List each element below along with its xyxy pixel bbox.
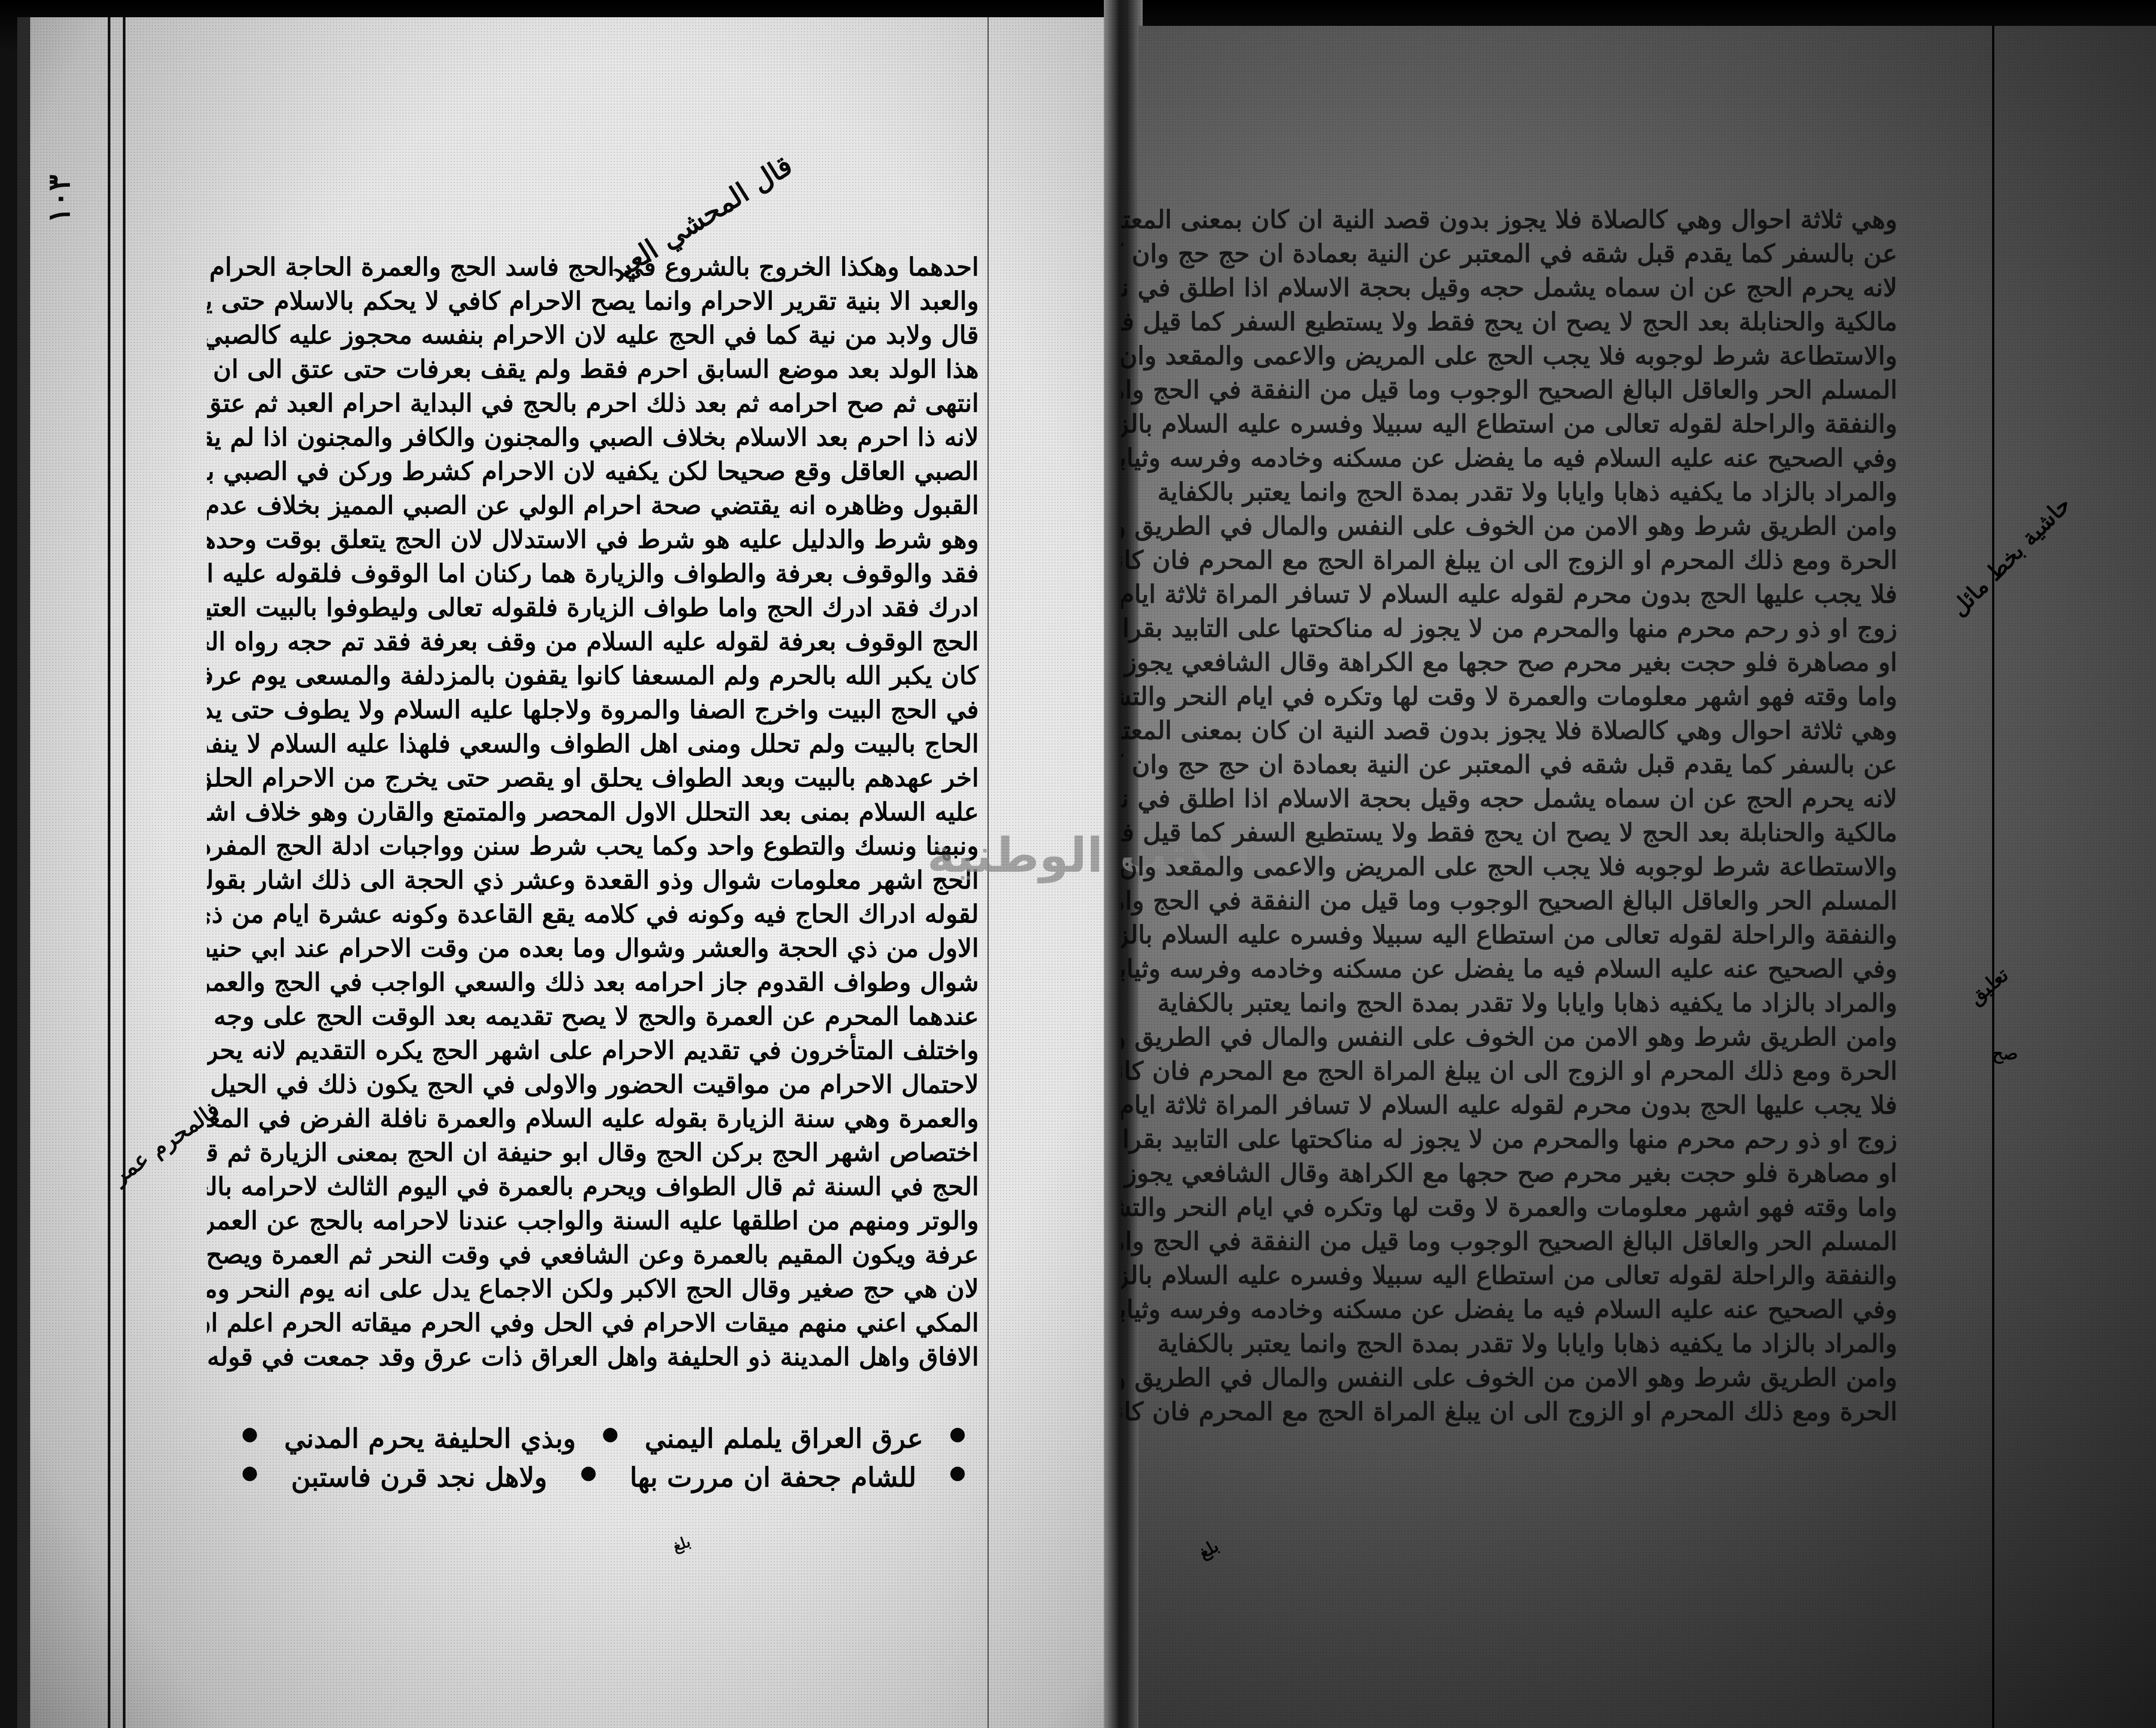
- text-line: ادرك فقد ادرك الحج واما طواف الزيارة فلق…: [207, 591, 979, 625]
- text-line: زوج او ذو رحم محرم منها والمحرم من لا يج…: [1121, 611, 1897, 645]
- text-line: واما وقته فهو اشهر معلومات والعمرة لا وق…: [1121, 1190, 1897, 1224]
- verse-line-1: ● عرق العراق يلملم اليمني ● وبذي الحليفة…: [241, 1423, 966, 1454]
- text-line: الحج اشهر معلومات شوال وذو القعدة وعشر ذ…: [207, 863, 979, 897]
- text-line: وامن الطريق شرط وهو الامن من الخوف على ا…: [1121, 1361, 1897, 1395]
- text-line: والمراد بالزاد ما يكفيه ذهابا وايابا ولا…: [1121, 1327, 1897, 1361]
- text-line: المسلم الحر والعاقل البالغ الصحيح الوجوب…: [1121, 1224, 1897, 1258]
- text-line: لان هي حج صغير وقال الحج الاكبر ولكن الا…: [207, 1272, 979, 1306]
- text-line: اخر عهدهم بالبيت وبعد الطواف يحلق او يقص…: [207, 761, 979, 795]
- text-line: لقوله ادراك الحاج فيه وكونه في كلامه يقع…: [207, 897, 979, 931]
- text-line: والاستطاعة شرط لوجوبه فلا يجب الحج على ا…: [1121, 850, 1897, 884]
- text-line: عن بالسفر كما يقدم قبل شقه في المعتبر عن…: [1121, 748, 1897, 782]
- text-line: مالكية والحنابلة بعد الحج لا يصح ان يحج …: [1121, 305, 1897, 339]
- text-line: قال ولابد من نية كما في الحج عليه لان ال…: [207, 318, 979, 352]
- right-page-text: وهي ثلاثة احوال وهي كالصلاة فلا يجوز بدو…: [1121, 203, 1897, 1429]
- text-line: او مصاهرة فلو حجت بغير محرم صح حجها مع ا…: [1121, 1156, 1897, 1190]
- verse-hemistich: عرق العراق يلملم اليمني: [645, 1423, 923, 1454]
- text-line: في الحج البيت واخرج الصفا والمروة ولاجله…: [207, 693, 979, 727]
- text-line: وهو شرط والدليل عليه هو شرط في الاستدلال…: [207, 523, 979, 557]
- text-line: لانه ذا احرم بعد الاسلام بخلاف الصبي وال…: [207, 420, 979, 454]
- text-line: والنفقة والراحلة لقوله تعالى من استطاع ا…: [1121, 407, 1897, 441]
- text-line: الافاق واهل المدينة ذو الحليفة واهل العر…: [207, 1340, 979, 1374]
- text-line: وامن الطريق شرط وهو الامن من الخوف على ا…: [1121, 509, 1897, 543]
- text-line: فلا يجب عليها الحج بدون محرم لقوله عليه …: [1121, 577, 1897, 611]
- left-page-text: احدهما وهكذا الخروج بالشروع في الحج فاسد…: [207, 250, 979, 1374]
- text-line: شوال وطواف القدوم جاز احرامه بعد ذلك وال…: [207, 965, 979, 999]
- verse-hemistich: وبذي الحليفة يحرم المدني: [284, 1423, 576, 1454]
- text-line: الصبي العاقل وقع صحيحا لكن يكفيه لان الا…: [207, 454, 979, 488]
- microfilm-scan: ١٠٣ قال المحشي العبد احدهما وهكذا الخروج…: [0, 0, 2156, 1728]
- text-line: الحرة ومع ذلك المحرم او الزوج الى ان يبل…: [1121, 1395, 1897, 1429]
- text-line: فلا يجب عليها الحج بدون محرم لقوله عليه …: [1121, 1088, 1897, 1122]
- text-line: الحج في السنة ثم قال الطواف ويحرم بالعمر…: [207, 1170, 979, 1204]
- text-line: لانه يحرم الحج عن ان سماه يشمل حجه وقيل …: [1121, 782, 1897, 816]
- text-line: هذا الولد بعد موضع السابق احرم فقط ولم ي…: [207, 352, 979, 386]
- text-line: الحاج بالبيت ولم تحلل ومنى اهل الطواف وا…: [207, 727, 979, 761]
- text-line: والنفقة والراحلة لقوله تعالى من استطاع ا…: [1121, 1258, 1897, 1293]
- folio-number: ١٠٣: [41, 175, 77, 223]
- text-line: والعمرة وهي سنة الزيارة بقوله عليه السلا…: [207, 1102, 979, 1136]
- text-line: والوتر ومنهم من اطلقها عليه السنة والواج…: [207, 1204, 979, 1238]
- text-line: الحرة ومع ذلك المحرم او الزوج الى ان يبل…: [1121, 1054, 1897, 1088]
- text-line: واختلف المتأخرون في تقديم الاحرام على اش…: [207, 1033, 979, 1067]
- text-line: وهي ثلاثة احوال وهي كالصلاة فلا يجوز بدو…: [1121, 714, 1897, 748]
- margin-rule: [123, 17, 125, 1728]
- text-line: فقد والوقوف بعرفة والطواف والزيارة هما ر…: [207, 557, 979, 591]
- margin-rule: [1992, 26, 1994, 1728]
- verse-hemistich: ولاهل نجد قرن فاستبن: [291, 1462, 547, 1493]
- text-line: احدهما وهكذا الخروج بالشروع في الحج فاسد…: [207, 250, 979, 284]
- text-line: ونبهنا ونسك والتطوع واحد وكما يحب شرط سن…: [207, 829, 979, 863]
- verse-hemistich: للشام جحفة ان مررت بها: [630, 1462, 917, 1493]
- margin-note: صح: [1992, 1043, 2018, 1064]
- text-line: انتهى ثم صح احرامه ثم بعد ذلك احرم بالحج…: [207, 386, 979, 420]
- text-line: القبول وظاهره انه يقتضي صحة احرام الولي …: [207, 488, 979, 523]
- text-line: والنفقة والراحلة لقوله تعالى من استطاع ا…: [1121, 918, 1897, 952]
- margin-rule: [108, 17, 110, 1728]
- text-line: الحج الوقوف بعرفة لقوله عليه السلام من و…: [207, 625, 979, 659]
- text-line: لاحتمال الاحرام من مواقيت الحضور والاولى…: [207, 1067, 979, 1102]
- text-line: الاول من ذي الحجة والعشر وشوال وما بعده …: [207, 931, 979, 965]
- text-line: المكي اعني منهم ميقات الاحرام في الحل وف…: [207, 1306, 979, 1340]
- text-line: واما وقته فهو اشهر معلومات والعمرة لا وق…: [1121, 679, 1897, 714]
- text-line: والمراد بالزاد ما يكفيه ذهابا وايابا ولا…: [1121, 475, 1897, 509]
- text-line: المسلم الحر والعاقل البالغ الصحيح الوجوب…: [1121, 884, 1897, 918]
- text-line: وامن الطريق شرط وهو الامن من الخوف على ا…: [1121, 1020, 1897, 1054]
- text-line: المسلم الحر والعاقل البالغ الصحيح الوجوب…: [1121, 373, 1897, 407]
- text-line: او مصاهرة فلو حجت بغير محرم صح حجها مع ا…: [1121, 645, 1897, 679]
- text-line: اختصاص اشهر الحج بركن الحج وقال ابو حنيف…: [207, 1136, 979, 1170]
- text-line: عرفة ويكون المقيم بالعمرة وعن الشافعي في…: [207, 1238, 979, 1272]
- text-line: عن بالسفر كما يقدم قبل شقه في المعتبر عن…: [1121, 237, 1897, 271]
- text-line: والاستطاعة شرط لوجوبه فلا يجب الحج على ا…: [1121, 339, 1897, 373]
- text-line: وفي الصحيح عنه عليه السلام فيه ما يفضل ع…: [1121, 1293, 1897, 1327]
- text-line: وفي الصحيح عنه عليه السلام فيه ما يفضل ع…: [1121, 952, 1897, 986]
- text-line: والمراد بالزاد ما يكفيه ذهابا وايابا ولا…: [1121, 986, 1897, 1020]
- text-line: كان يكبر الله بالحرم ولم المسعفا كانوا ي…: [207, 659, 979, 693]
- text-line: والعبد الا بنية تقرير الاحرام وانما يصح …: [207, 284, 979, 318]
- text-line: مالكية والحنابلة بعد الحج لا يصح ان يحج …: [1121, 816, 1897, 850]
- text-line: وفي الصحيح عنه عليه السلام فيه ما يفضل ع…: [1121, 441, 1897, 475]
- text-line: زوج او ذو رحم محرم منها والمحرم من لا يج…: [1121, 1122, 1897, 1156]
- text-line: عندهما المحرم عن العمرة والحج لا يصح تقد…: [207, 999, 979, 1033]
- text-line: لانه يحرم الحج عن ان سماه يشمل حجه وقيل …: [1121, 271, 1897, 305]
- verse-line-2: ● للشام جحفة ان مررت بها ● ولاهل نجد قرن…: [241, 1462, 966, 1493]
- text-line: وهي ثلاثة احوال وهي كالصلاة فلا يجوز بدو…: [1121, 203, 1897, 237]
- text-line: الحرة ومع ذلك المحرم او الزوج الى ان يبل…: [1121, 543, 1897, 577]
- text-line: عليه السلام بمنى بعد التحلل الاول المحصر…: [207, 795, 979, 829]
